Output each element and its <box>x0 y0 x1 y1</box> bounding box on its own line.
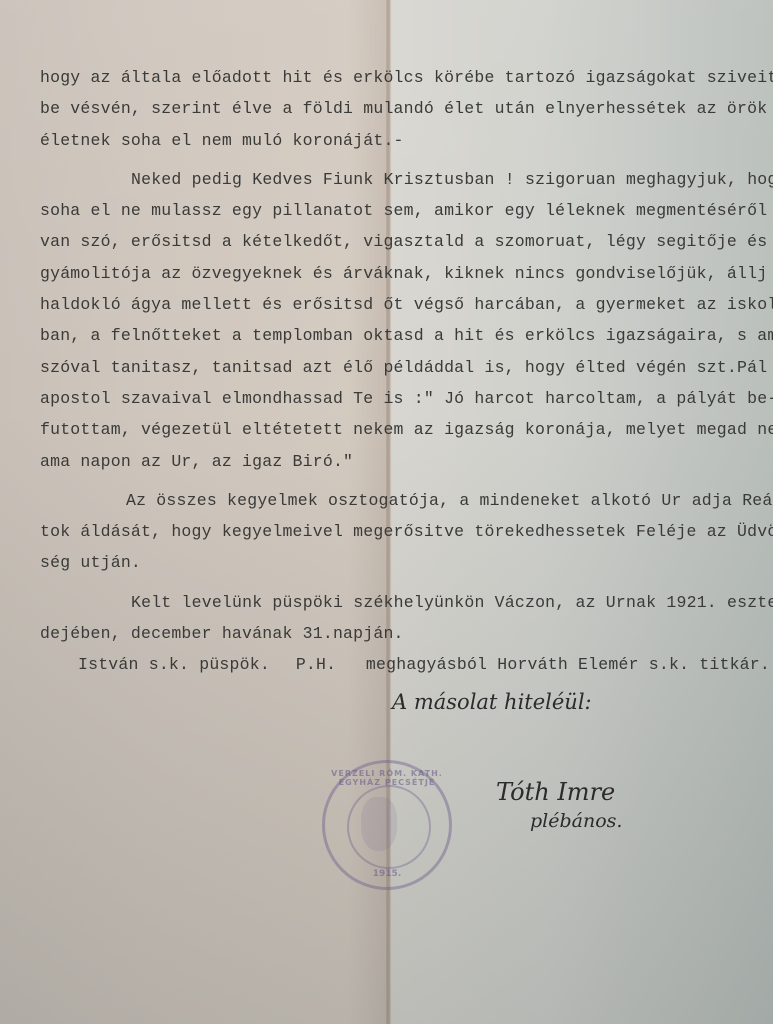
handwritten-signature-title: plébános. <box>530 810 622 832</box>
signature-line: István s.k. püspök. P.H. meghagyásból Ho… <box>40 649 770 681</box>
certification-handwriting: A másolat hiteléül: <box>392 690 592 714</box>
bishop-signature: István s.k. püspök. <box>40 649 296 681</box>
secretary-signature: meghagyásból Horváth Elemér s.k. titkár. <box>366 649 770 681</box>
text-line: életnek soha el nem muló koronáját.- <box>40 125 770 156</box>
text-line: hogy az általa előadott hit és erkölcs k… <box>40 62 770 93</box>
stamp-year: 1915. <box>325 869 449 879</box>
text-line: soha el ne mulassz egy pillanatot sem, a… <box>40 195 770 226</box>
text-line: haldokló ágya mellett és erősitsd őt vég… <box>40 289 770 320</box>
handwritten-signature-name: Tóth Imre <box>496 778 615 806</box>
seal-mark: P.H. <box>296 649 366 681</box>
text-line: van szó, erősitsd a kételkedőt, vigaszta… <box>40 226 770 257</box>
text-line: gyámolitója az özvegyeknek és árváknak, … <box>40 258 770 289</box>
text-line: Az összes kegyelmek osztogatója, a minde… <box>40 485 770 516</box>
stamp-figure-icon <box>361 797 397 851</box>
text-line: Kelt levelünk püspöki székhelyünkön Vácz… <box>40 587 770 618</box>
typed-letter-body: hogy az általa előadott hit és erkölcs k… <box>40 62 770 681</box>
text-line: be vésvén, szerint élve a földi mulandó … <box>40 93 770 124</box>
text-line: Neked pedig Kedves Fiunk Krisztusban ! s… <box>40 164 770 195</box>
text-line: apostol szavaival elmondhassad Te is :" … <box>40 383 770 414</box>
text-line: tok áldását, hogy kegyelmeivel megerősit… <box>40 516 770 547</box>
text-line: ban, a felnőtteket a templomban oktasd a… <box>40 320 770 351</box>
text-line: dejében, december havának 31.napján. <box>40 618 770 649</box>
text-line: futottam, végezetül eltétetett nekem az … <box>40 414 770 445</box>
parish-stamp: VERZELI RÓM. KATH. EGYHÁZ PECSÉTJE 1915. <box>322 760 452 890</box>
text-line: szóval tanitasz, tanitsad azt élő példád… <box>40 352 770 383</box>
text-line: ama napon az Ur, az igaz Biró." <box>40 446 770 477</box>
text-line: ség utján. <box>40 547 770 578</box>
